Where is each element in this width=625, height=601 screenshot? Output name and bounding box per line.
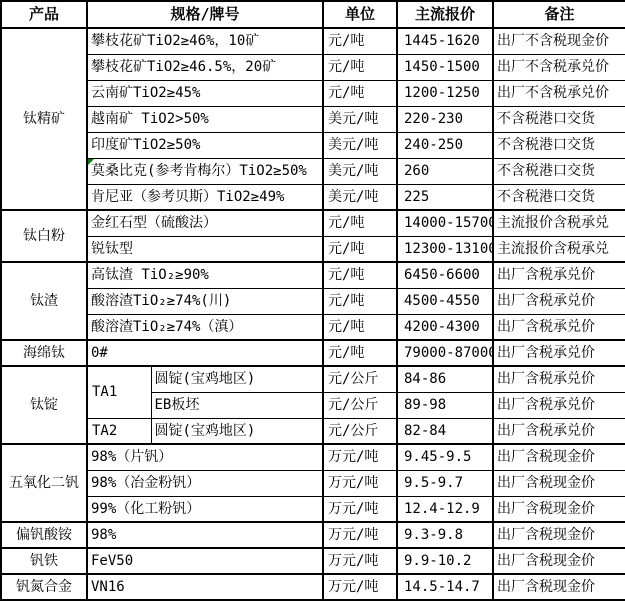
unit-cell: 万元/吨 — [323, 496, 397, 522]
spec-cell: 98%（冶金粉钒） — [87, 470, 323, 496]
note-cell: 出厂含税承兑价 — [493, 392, 625, 418]
unit-cell: 元/吨 — [323, 210, 397, 236]
unit-cell: 万元/吨 — [323, 574, 397, 600]
unit-cell: 美元/吨 — [323, 184, 397, 210]
spec-cell: 越南矿 TiO2>50% — [87, 106, 323, 132]
unit-cell: 美元/吨 — [323, 158, 397, 184]
table-row: 印度矿TiO2≥50% 美元/吨 240-250 不含税港口交货 — [1, 132, 625, 158]
table-row: 钒氮合金 VN16 万元/吨 14.5-14.7 出厂含税现金价 — [1, 574, 625, 600]
unit-cell: 元/吨 — [323, 288, 397, 314]
price-cell: 220-230 — [397, 106, 493, 132]
note-cell: 出厂含税现金价 — [493, 522, 625, 548]
price-cell: 240-250 — [397, 132, 493, 158]
price-cell: 1200-1250 — [397, 80, 493, 106]
price-cell: 1450-1500 — [397, 54, 493, 80]
note-cell: 出厂含税承兑价 — [493, 262, 625, 288]
table-row: TA2 圆锭(宝鸡地区) 元/公斤 82-84 出厂含税承兑价 — [1, 418, 625, 444]
unit-cell: 美元/吨 — [323, 132, 397, 158]
unit-cell: 美元/吨 — [323, 106, 397, 132]
price-cell: 9.45-9.5 — [397, 444, 493, 470]
note-cell: 出厂含税承兑价 — [493, 418, 625, 444]
header-unit: 单位 — [323, 1, 397, 28]
price-cell: 4200-4300 — [397, 314, 493, 340]
note-cell: 出厂含税现金价 — [493, 470, 625, 496]
price-cell: 6450-6600 — [397, 262, 493, 288]
product-cell-vanadium-nitrogen-alloy: 钒氮合金 — [1, 574, 87, 600]
price-cell: 12300-13100 — [397, 236, 493, 262]
spec-cell: 98% — [87, 522, 323, 548]
table-row: 钛精矿 攀枝花矿TiO2≥46%，10矿 元/吨 1445-1620 出厂不含税… — [1, 28, 625, 54]
table-row: 锐钛型 元/吨 12300-13100 主流报价含税承兑 — [1, 236, 625, 262]
price-cell: 225 — [397, 184, 493, 210]
unit-cell: 元/吨 — [323, 28, 397, 54]
product-cell-titanium-slag: 钛渣 — [1, 262, 87, 340]
note-cell: 出厂含税承兑价 — [493, 366, 625, 392]
unit-cell: 万元/吨 — [323, 444, 397, 470]
unit-cell: 元/公斤 — [323, 418, 397, 444]
price-cell: 12.4-12.9 — [397, 496, 493, 522]
table-row: 云南矿TiO2≥45% 元/吨 1200-1250 出厂不含税承兑价 — [1, 80, 625, 106]
spec-cell: 攀枝花矿TiO2≥46%，10矿 — [87, 28, 323, 54]
table-row: 海绵钛 0# 元/吨 79000-87000 出厂含税承兑价 — [1, 340, 625, 366]
spec-cell: 攀枝花矿TiO2≥46.5%，20矿 — [87, 54, 323, 80]
spec-cell: 0# — [87, 340, 323, 366]
unit-cell: 元/吨 — [323, 54, 397, 80]
spec-text: 莫桑比克(参考肯梅尔）TiO2≥50% — [91, 163, 307, 179]
price-cell: 14.5-14.7 — [397, 574, 493, 600]
note-cell: 不含税港口交货 — [493, 132, 625, 158]
spec-cell: 高钛渣 TiO₂≥90% — [87, 262, 323, 288]
spec-cell: 圆锭(宝鸡地区) — [151, 366, 323, 392]
unit-cell: 万元/吨 — [323, 548, 397, 574]
spec-cell: FeV50 — [87, 548, 323, 574]
header-note: 备注 — [493, 1, 625, 28]
note-cell: 出厂含税现金价 — [493, 444, 625, 470]
spec-cell: 印度矿TiO2≥50% — [87, 132, 323, 158]
spec-cell: 肯尼亚（参考贝斯）TiO2≥49% — [87, 184, 323, 210]
note-cell: 出厂含税现金价 — [493, 548, 625, 574]
price-cell: 79000-87000 — [397, 340, 493, 366]
table-row: 偏钒酸铵 98% 万元/吨 9.3-9.8 出厂含税现金价 — [1, 522, 625, 548]
product-cell-sponge-titanium: 海绵钛 — [1, 340, 87, 366]
grade-cell: TA1 — [87, 366, 151, 418]
spec-cell: 酸溶渣TiO₂≥74%（滇） — [87, 314, 323, 340]
header-spec: 规格/牌号 — [87, 1, 323, 28]
table-row: 钛白粉 金红石型（硫酸法） 元/吨 14000-15700 主流报价含税承兑 — [1, 210, 625, 236]
price-table: 产品 规格/牌号 单位 主流报价 备注 钛精矿 攀枝花矿TiO2≥46%，10矿… — [0, 0, 625, 601]
note-cell: 出厂含税现金价 — [493, 574, 625, 600]
table-row: 99%（化工粉钒） 万元/吨 12.4-12.9 出厂含税现金价 — [1, 496, 625, 522]
table-row: 98%（冶金粉钒） 万元/吨 9.5-9.7 出厂含税现金价 — [1, 470, 625, 496]
comment-flag-icon — [88, 159, 94, 165]
spec-cell: 莫桑比克(参考肯梅尔）TiO2≥50% — [87, 158, 323, 184]
price-cell: 82-84 — [397, 418, 493, 444]
spec-cell: EB板坯 — [151, 392, 323, 418]
product-cell-ammonium-metavanadate: 偏钒酸铵 — [1, 522, 87, 548]
product-cell-vanadium-pentoxide: 五氧化二钒 — [1, 444, 87, 522]
unit-cell: 元/吨 — [323, 262, 397, 288]
unit-cell: 万元/吨 — [323, 470, 397, 496]
spec-cell: 金红石型（硫酸法） — [87, 210, 323, 236]
unit-cell: 元/吨 — [323, 340, 397, 366]
price-cell: 14000-15700 — [397, 210, 493, 236]
unit-cell: 元/吨 — [323, 314, 397, 340]
spec-cell: 98%（片钒） — [87, 444, 323, 470]
table-row: 钛渣 高钛渣 TiO₂≥90% 元/吨 6450-6600 出厂含税承兑价 — [1, 262, 625, 288]
header-price: 主流报价 — [397, 1, 493, 28]
note-cell: 主流报价含税承兑 — [493, 236, 625, 262]
note-cell: 出厂不含税现金价 — [493, 28, 625, 54]
table-row: 肯尼亚（参考贝斯）TiO2≥49% 美元/吨 225 不含税港口交货 — [1, 184, 625, 210]
note-cell: 主流报价含税承兑 — [493, 210, 625, 236]
price-cell: 1445-1620 — [397, 28, 493, 54]
unit-cell: 万元/吨 — [323, 522, 397, 548]
table-row: 五氧化二钒 98%（片钒） 万元/吨 9.45-9.5 出厂含税现金价 — [1, 444, 625, 470]
price-cell: 89-98 — [397, 392, 493, 418]
unit-cell: 元/公斤 — [323, 392, 397, 418]
note-cell: 出厂含税承兑价 — [493, 288, 625, 314]
table-row: 攀枝花矿TiO2≥46.5%，20矿 元/吨 1450-1500 出厂不含税承兑… — [1, 54, 625, 80]
unit-cell: 元/吨 — [323, 236, 397, 262]
note-cell: 不含税港口交货 — [493, 158, 625, 184]
table-row: 钛锭 TA1 圆锭(宝鸡地区) 元/公斤 84-86 出厂含税承兑价 — [1, 366, 625, 392]
table-row: 莫桑比克(参考肯梅尔）TiO2≥50% 美元/吨 260 不含税港口交货 — [1, 158, 625, 184]
price-cell: 9.9-10.2 — [397, 548, 493, 574]
note-cell: 不含税港口交货 — [493, 106, 625, 132]
note-cell: 不含税港口交货 — [493, 184, 625, 210]
note-cell: 出厂含税承兑价 — [493, 340, 625, 366]
note-cell: 出厂含税现金价 — [493, 496, 625, 522]
table-row: 越南矿 TiO2>50% 美元/吨 220-230 不含税港口交货 — [1, 106, 625, 132]
note-cell: 出厂含税承兑价 — [493, 314, 625, 340]
unit-cell: 元/公斤 — [323, 366, 397, 392]
table-row: 酸溶渣TiO₂≥74%(川) 元/吨 4500-4550 出厂含税承兑价 — [1, 288, 625, 314]
spec-cell: 酸溶渣TiO₂≥74%(川) — [87, 288, 323, 314]
price-cell: 4500-4550 — [397, 288, 493, 314]
price-cell: 9.5-9.7 — [397, 470, 493, 496]
price-cell: 260 — [397, 158, 493, 184]
table-row: 钒铁 FeV50 万元/吨 9.9-10.2 出厂含税现金价 — [1, 548, 625, 574]
spec-cell: 圆锭(宝鸡地区) — [151, 418, 323, 444]
product-cell-titanium-ingot: 钛锭 — [1, 366, 87, 444]
price-cell: 84-86 — [397, 366, 493, 392]
product-cell-titanium-concentrate: 钛精矿 — [1, 28, 87, 210]
table-row: 酸溶渣TiO₂≥74%（滇） 元/吨 4200-4300 出厂含税承兑价 — [1, 314, 625, 340]
price-cell: 9.3-9.8 — [397, 522, 493, 548]
header-product: 产品 — [1, 1, 87, 28]
spec-cell: VN16 — [87, 574, 323, 600]
spec-cell: 锐钛型 — [87, 236, 323, 262]
header-row: 产品 规格/牌号 单位 主流报价 备注 — [1, 1, 625, 28]
grade-cell: TA2 — [87, 418, 151, 444]
spec-cell: 99%（化工粉钒） — [87, 496, 323, 522]
product-cell-titanium-dioxide: 钛白粉 — [1, 210, 87, 262]
product-cell-ferrovanadium: 钒铁 — [1, 548, 87, 574]
note-cell: 出厂不含税承兑价 — [493, 54, 625, 80]
unit-cell: 元/吨 — [323, 80, 397, 106]
spec-cell: 云南矿TiO2≥45% — [87, 80, 323, 106]
note-cell: 出厂不含税承兑价 — [493, 80, 625, 106]
